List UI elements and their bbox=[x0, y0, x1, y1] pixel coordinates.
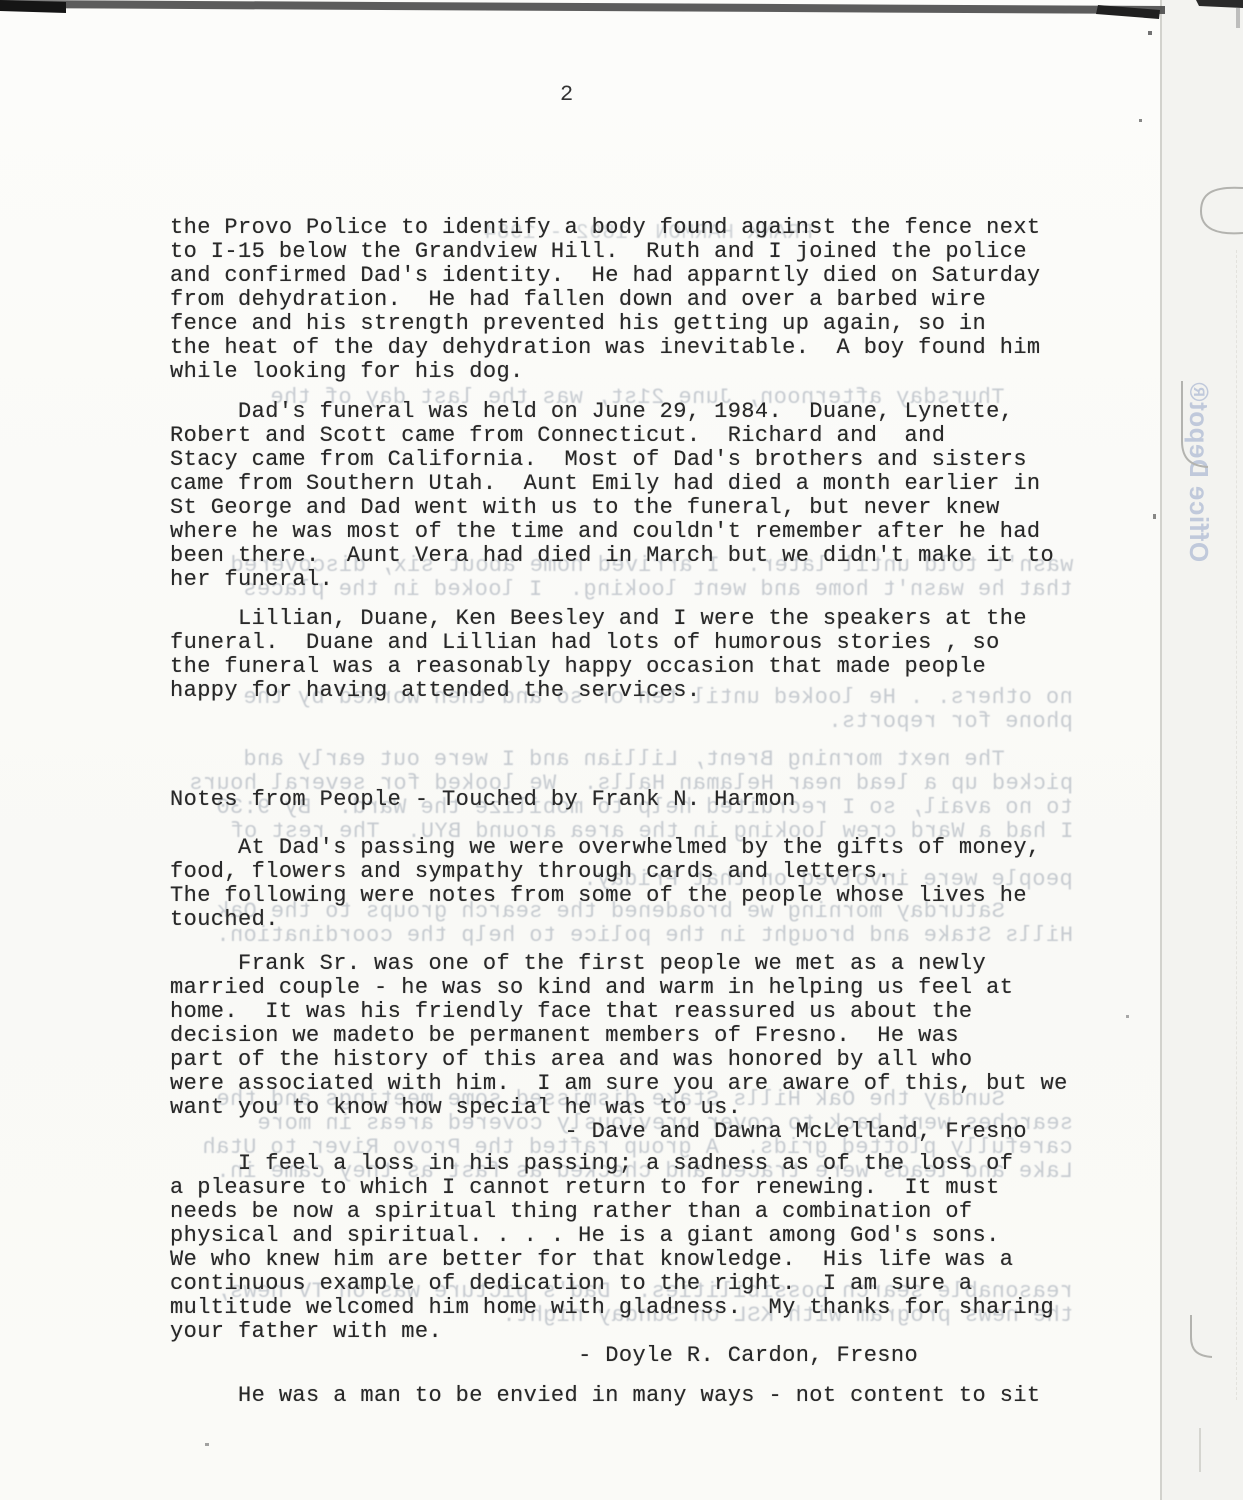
paragraph-funeral: Dad's funeral was held on June 29, 1984.… bbox=[170, 400, 1054, 592]
perforation-line bbox=[1236, 250, 1237, 1400]
paragraph-provo-police: the Provo Police to identify a body foun… bbox=[170, 216, 1041, 384]
paragraph-envied: He was a man to be envied in many ways -… bbox=[170, 1384, 1041, 1408]
page-number: 2 bbox=[560, 82, 573, 107]
office-depot-watermark: Office Depot® bbox=[1184, 362, 1214, 582]
paragraph-mclelland-note: Frank Sr. was one of the first people we… bbox=[170, 952, 1068, 1144]
paragraph-cardon-note: I feel a loss in his passing; a sadness … bbox=[170, 1152, 1054, 1368]
bleedthrough-line: The next morning Brent, Lillian and I we… bbox=[243, 748, 1073, 772]
page-edge-strip bbox=[1160, 0, 1243, 1500]
paragraph-speakers: Lillian, Duane, Ken Beesley and I were t… bbox=[170, 607, 1027, 703]
bleedthrough-line: phone for reports. bbox=[828, 710, 1073, 734]
paragraph-gifts: At Dad's passing we were overwhelmed by … bbox=[170, 836, 1041, 932]
scanned-page: FRANK HARMON 1892 - 1984 Thursday aftern… bbox=[0, 0, 1243, 1500]
section-heading: Notes from People - Touched by Frank N. … bbox=[170, 788, 796, 812]
